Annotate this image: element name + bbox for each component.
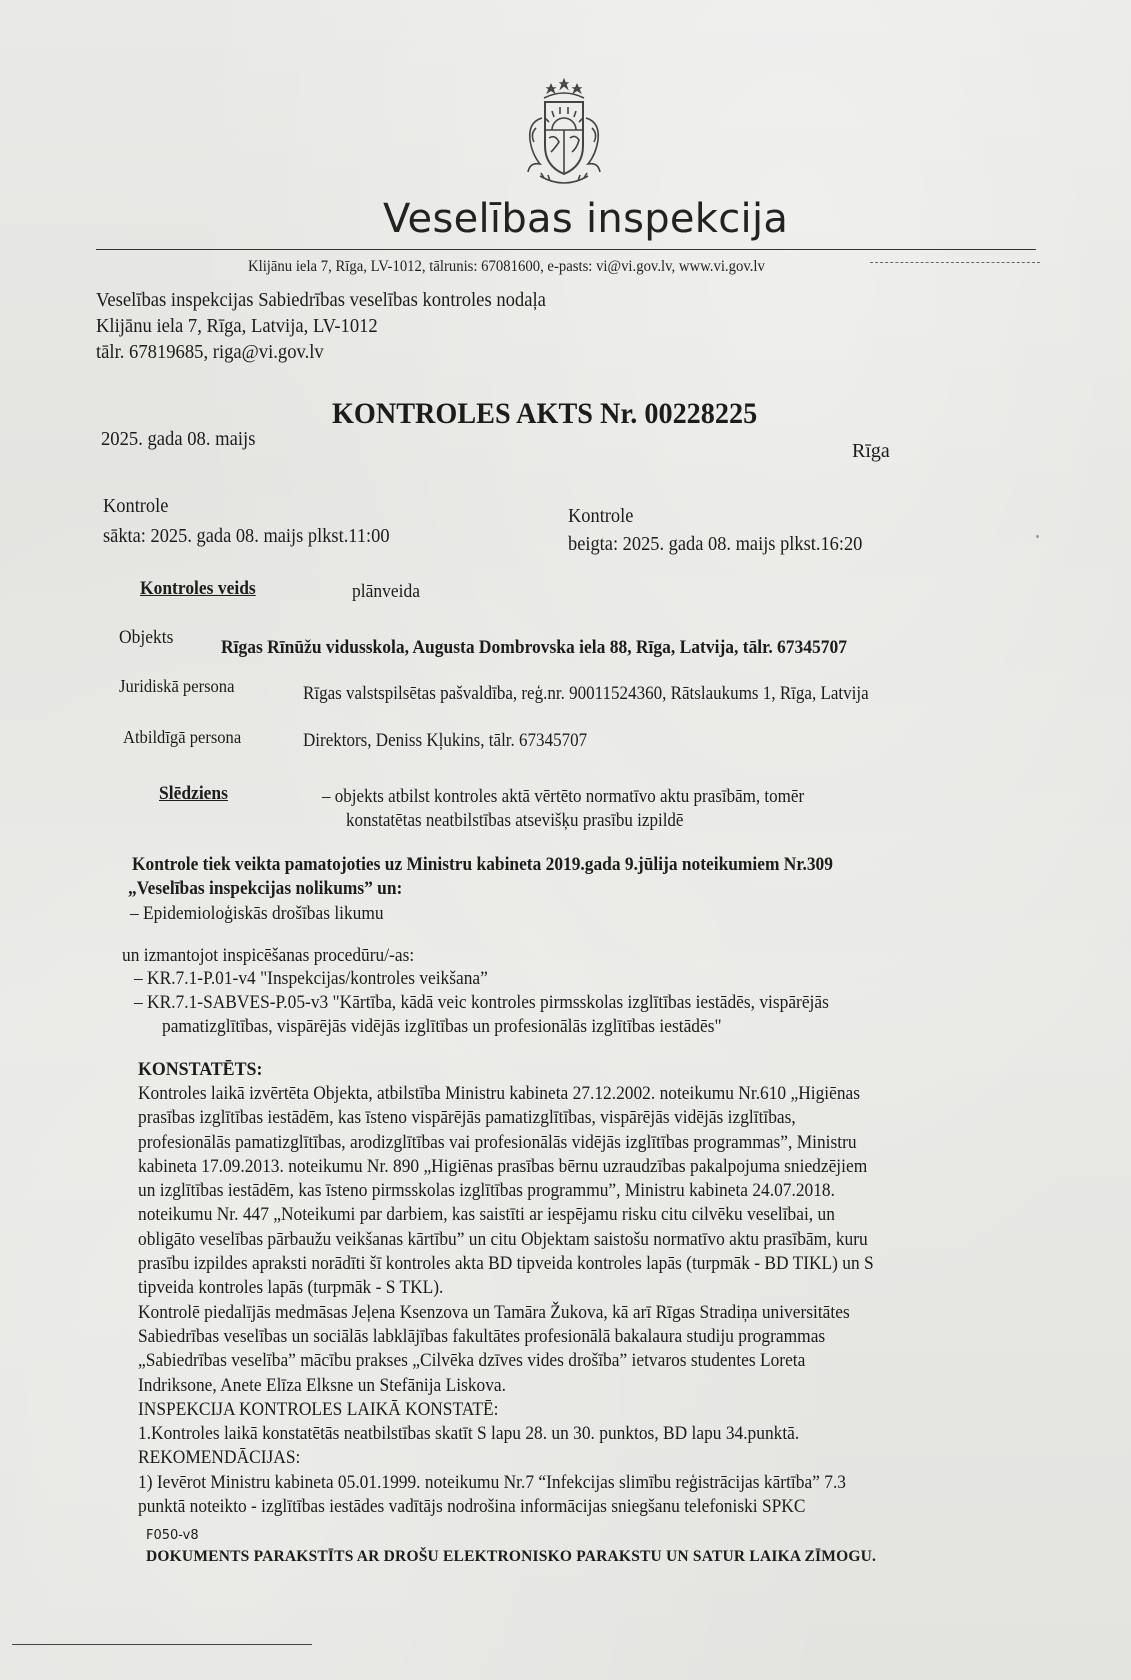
control-start-value: sākta: 2025. gada 08. maijs plkst.11:00 xyxy=(103,525,390,548)
document-page: Veselības inspekcija Klijānu iela 7, Rīg… xyxy=(0,0,1131,1680)
responsible-person-label: Atbildīgā persona xyxy=(123,727,241,748)
basis-law: – Epidemioloģiskās drošības likumu xyxy=(130,902,384,926)
form-code: F050-v8 xyxy=(146,1528,199,1543)
recommendation-line: punktā noteikto - izglītības iestādes va… xyxy=(138,1495,874,1519)
signature-note: DOKUMENTS PARAKSTĪTS AR DROŠU ELEKTRONIS… xyxy=(146,1548,876,1566)
control-start-label: Kontrole xyxy=(103,495,168,518)
procedures-intro: un izmantojot inspicēšanas procedūru/-as… xyxy=(122,944,414,968)
findings-line: Sabiedrības veselības un sociālās labklā… xyxy=(138,1325,874,1349)
findings-line: kabineta 17.09.2013. noteikumu Nr. 890 „… xyxy=(138,1155,874,1179)
signature-line xyxy=(12,1644,312,1645)
findings-heading: KONSTATĒTS: xyxy=(138,1058,262,1082)
findings-line: profesionālās pamatizglītības, arodizglī… xyxy=(138,1131,874,1155)
recommendations-heading: REKOMENDĀCIJAS: xyxy=(138,1446,874,1470)
findings-line: obligāto veselības pārbaužu veikšanas kā… xyxy=(138,1228,874,1252)
findings-line: prasību izpildes apraksti norādīti šī ko… xyxy=(138,1252,874,1276)
department-block: Veselības inspekcijas Sabiedrības veselī… xyxy=(96,287,546,365)
control-end-value: beigta: 2025. gada 08. maijs plkst.16:20 xyxy=(568,533,862,556)
procedure-item: – KR.7.1-P.01-v4 "Inspekcijas/kontroles … xyxy=(134,967,488,991)
paper-speck xyxy=(1036,535,1039,538)
control-type-label: Kontroles veids xyxy=(140,578,256,600)
basis-line-2: „Veselības inspekcijas nolikums” un: xyxy=(128,877,402,901)
findings-line: un izglītības iestādēm, kas īsteno pirms… xyxy=(138,1179,874,1203)
conclusion-label: Slēdziens xyxy=(159,783,228,805)
responsible-person-value: Direktors, Deniss Kļukins, tālr. 6734570… xyxy=(303,731,587,752)
header-divider-dashed xyxy=(870,262,1040,263)
basis-line-1: Kontrole tiek veikta pamatojoties uz Min… xyxy=(132,853,833,877)
header-divider xyxy=(96,249,1036,250)
control-type-value: plānveida xyxy=(352,581,420,603)
object-label: Objekts xyxy=(119,627,173,649)
findings-line: prasības izglītības iestādēm, kas īsteno… xyxy=(138,1106,874,1130)
legal-person-value: Rīgas valstspilsētas pašvaldība, reģ.nr.… xyxy=(303,684,869,705)
conclusion-line-2: konstatētas neatbilstības atsevišķu pras… xyxy=(346,811,683,832)
organization-contacts: Klijānu iela 7, Rīga, LV-1012, tālrunis:… xyxy=(248,258,765,276)
organization-title: Veselības inspekcija xyxy=(383,196,788,242)
act-place: Rīga xyxy=(852,440,890,463)
conclusion-line-1: – objekts atbilst kontroles aktā vērtēto… xyxy=(322,787,804,808)
findings-line: „Sabiedrības veselība” mācību prakses „C… xyxy=(138,1349,874,1373)
findings-line: Indriksone, Anete Elīza Elksne un Stefān… xyxy=(138,1374,874,1398)
department-address: Klijānu iela 7, Rīga, Latvija, LV-1012 xyxy=(96,313,546,339)
procedure-item: – KR.7.1-SABVES-P.05-v3 "Kārtība, kādā v… xyxy=(134,991,829,1015)
findings-line: tipveida kontroles lapās (turpmāk - S TK… xyxy=(138,1276,874,1300)
findings-line: Kontrolē piedalījās medmāsas Jeļena Ksen… xyxy=(138,1301,874,1325)
act-title: KONTROLES AKTS Nr. 00228225 xyxy=(332,397,757,431)
department-name: Veselības inspekcijas Sabiedrības veselī… xyxy=(96,287,546,313)
findings-line: noteikumu Nr. 447 „Noteikumi par darbiem… xyxy=(138,1203,874,1227)
department-contact: tālr. 67819685, riga@vi.gov.lv xyxy=(96,339,546,365)
findings-body: Kontroles laikā izvērtēta Objekta, atbil… xyxy=(138,1082,874,1519)
findings-line: Kontroles laikā izvērtēta Objekta, atbil… xyxy=(138,1082,874,1106)
object-value: Rīgas Rīnūžu vidusskola, Augusta Dombrov… xyxy=(221,637,847,659)
recommendation-line: 1) Ievērot Ministru kabineta 05.01.1999.… xyxy=(138,1471,874,1495)
act-date: 2025. gada 08. maijs xyxy=(101,428,255,451)
procedure-item-continued: pamatizglītības, vispārējās vidējās izgl… xyxy=(162,1015,722,1039)
findings-line: 1.Kontroles laikā konstatētās neatbilstī… xyxy=(138,1422,874,1446)
latvia-coat-of-arms-icon xyxy=(518,78,610,190)
control-end-label: Kontrole xyxy=(568,505,633,528)
inspection-findings-heading: INSPEKCIJA KONTROLES LAIKĀ KONSTATĒ: xyxy=(138,1398,874,1422)
legal-person-label: Juridiskā persona xyxy=(119,676,234,697)
